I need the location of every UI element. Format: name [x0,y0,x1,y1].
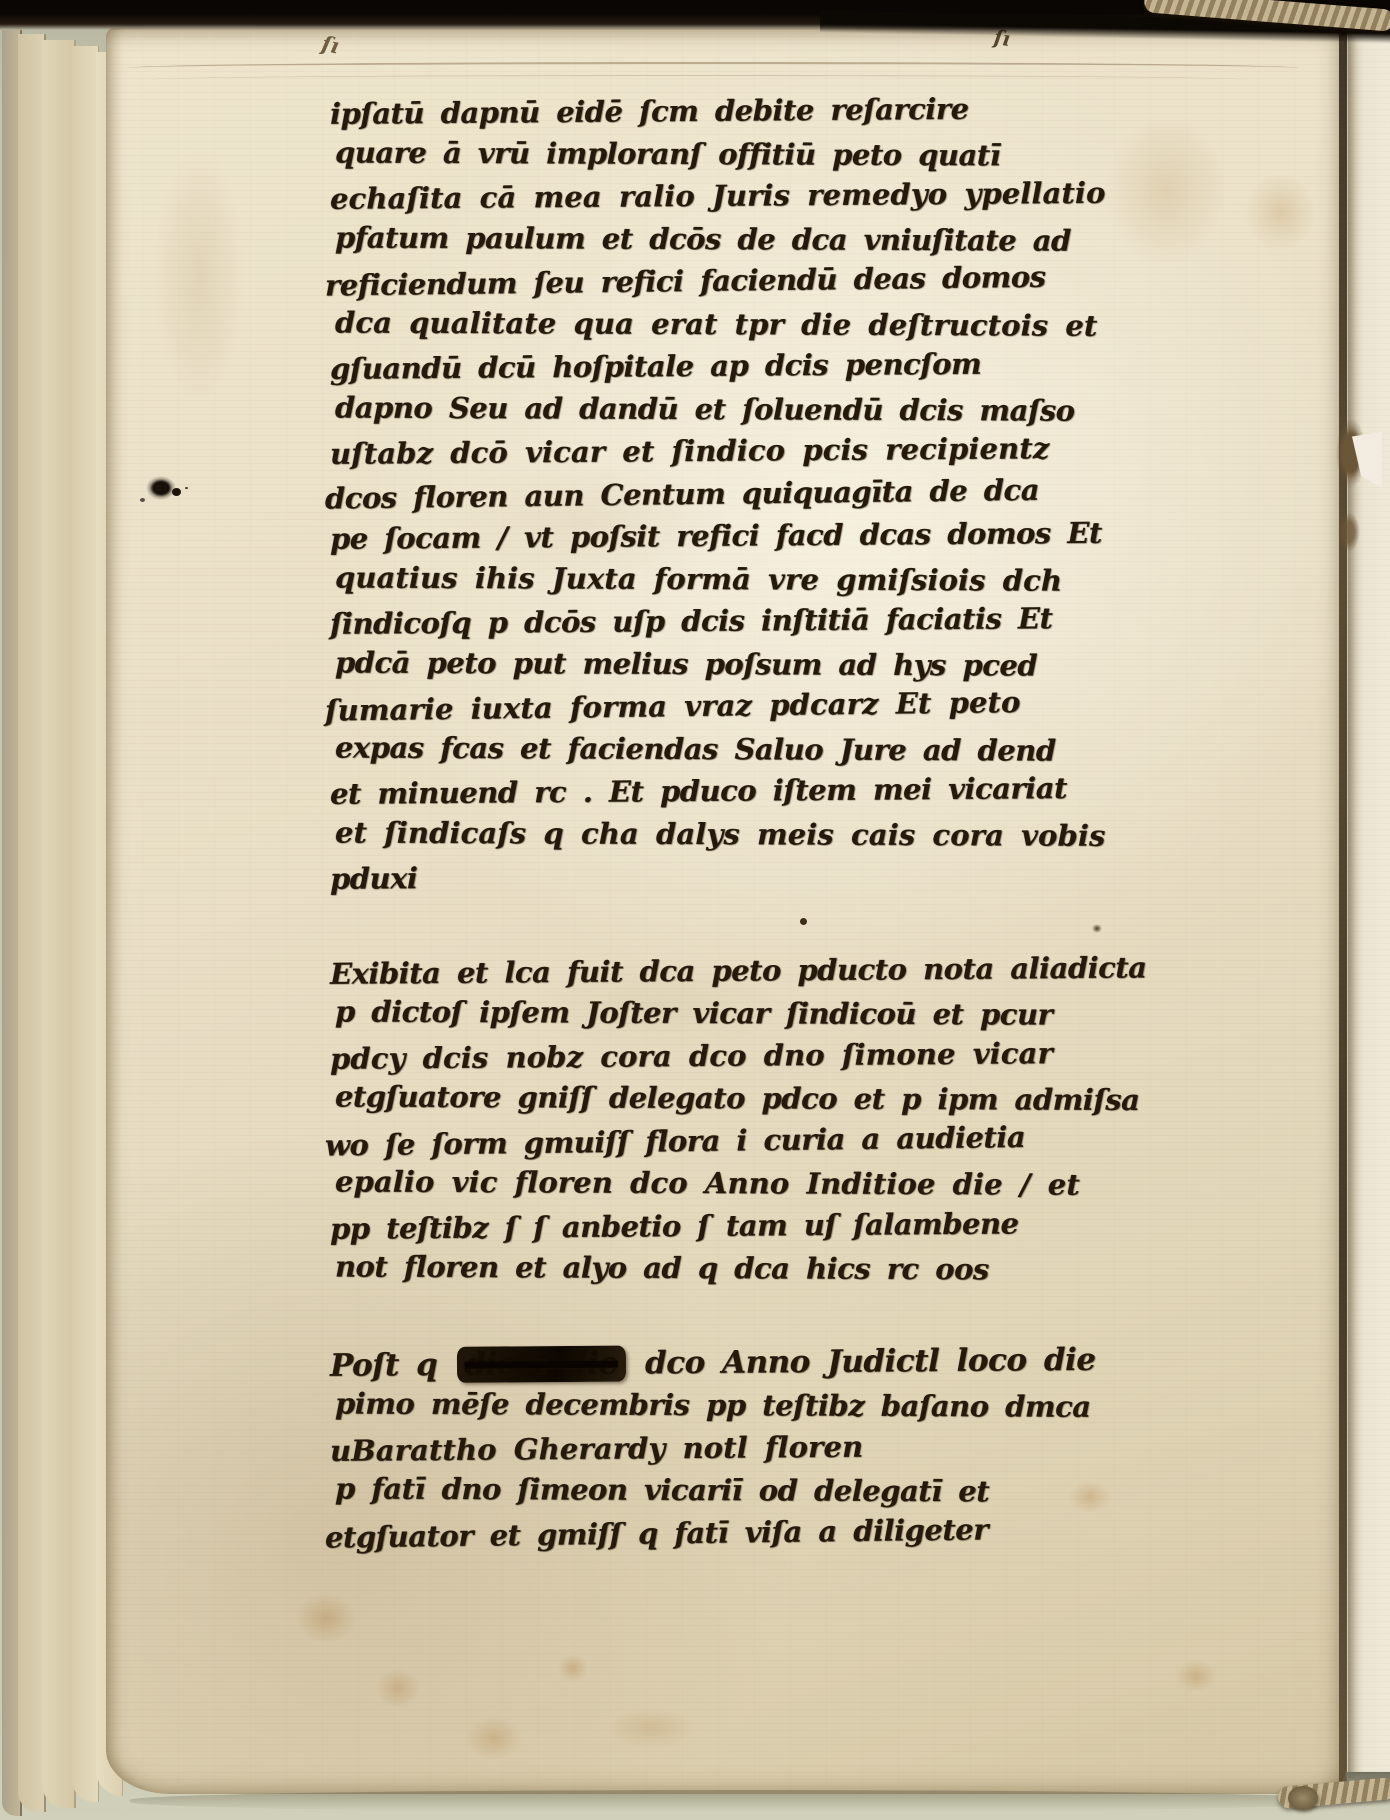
manuscript-line: Exibita et lca fuit dca peto pducto nota… [330,947,1054,995]
manuscript-line: pduxi [330,852,1054,900]
text-block: ipſatū dapnū eidē ſcm debite reſarcirequ… [330,90,1054,1554]
manuscript-line: reficiendum ſeu refici faciendū deas dom… [325,256,1049,307]
stain [1068,1480,1112,1514]
text-segment: et ſindicaſs q cha dalys meis cais cora … [335,815,1106,852]
manuscript-line: echaſita cā mea ralio Juris remedyo ypel… [330,172,1054,220]
text-segment: pduxi [330,861,418,896]
text-segment: et minuend rc . Et pduco iſtem mei vicar… [330,771,1067,811]
stain [1176,1660,1216,1692]
manuscript-line: pp teſtibz ſ ſ anbetio ſ tam uſ ſalamben… [330,1202,1054,1250]
text-segment: pdcā peto put melius poſsum ad hys pced [335,645,1037,682]
stain [1246,174,1316,250]
manuscript-line: ſindicoſq p dcōs uſp dcis inſtitiā facia… [330,597,1054,645]
text-segment: dca qualitate qua erat tpr die deſtructo… [335,305,1098,342]
page-edge-stack [2,30,22,1816]
manuscript-line: ſumarie iuxta forma vraz pdcarz Et peto [325,681,1049,732]
manuscript-page: ſı ſı ipſatū dapnū eidē ſcm debite reſar… [106,28,1346,1794]
text-segment: pimo mēſe decembris pp teſtibz baſano dm… [335,1386,1091,1423]
page-top-crease [152,75,1242,88]
stain [296,1593,356,1643]
text-segment: ſumarie iuxta forma vraz pdcarz Et peto [325,685,1021,727]
page-edge-stack [18,34,46,1812]
manuscript-paragraph: ipſatū dapnū eidē ſcm debite reſarcirequ… [330,90,1054,898]
ink-speck [1092,924,1102,933]
text-segment: dco Anno Judictl loco die [628,1341,1096,1381]
text-segment: gſuandū dcū hoſpitale ap dcis pencſom [330,347,981,386]
manuscript-line: wo ſe ſorm gmuiſſ flora i curia a audiet… [325,1115,1049,1166]
manuscript-line: epalio vic floren dco Anno Inditioe die … [335,1160,1059,1206]
text-segment: pp teſtibz ſ ſ anbetio ſ tam uſ ſalamben… [330,1206,1019,1245]
text-segment: dapno Seu ad dandū et ſoluendū dcis maſs… [335,390,1075,427]
text-segment: uſtabz dcō vicar et ſindico pcis recipie… [330,431,1050,471]
manuscript-line: p fatī dno ſimeon vicariī od delegatī et [335,1467,1059,1513]
text-segment: quatius ihis Juxta formā vre gmiſsiois d… [335,560,1062,597]
text-segment: expas fcas et faciendas Saluo Jure ad de… [335,730,1056,767]
manuscript-line: pfatum paulum et dcōs de dca vniuſitate … [335,216,1059,262]
manuscript-photo: ſı ſı ipſatū dapnū eidē ſcm debite reſar… [0,0,1390,1820]
manuscript-line: etgſuator et gmiſſ q fatī viſa a diliget… [325,1507,1049,1558]
manuscript-line: p dictoſ ipſem Joſter vicar ſindicoū et … [335,990,1059,1036]
text-segment: dcos floren aun Centum quiquagīta de dca [325,472,1039,515]
manuscript-line: ipſatū dapnū eidē ſcm debite reſarcire [330,87,1054,135]
stain [606,1708,696,1748]
text-segment: p fatī dno ſimeon vicariī od delegatī et [335,1471,989,1508]
adjacent-page-edge [1348,30,1390,1778]
page-edge-stack [42,40,76,1808]
manuscript-line: pdcā peto put melius poſsum ad hys pced [335,641,1059,687]
manuscript-line: Poſt q dicta die dco Anno Judictl loco d… [330,1339,1054,1387]
text-segment: Poſt q [330,1346,455,1383]
text-segment: wo ſe ſorm gmuiſſ flora i curia a audiet… [325,1119,1026,1162]
text-segment: quare ā vrū imploranſ offitiū peto quatī [335,135,1000,172]
text-segment: not floren et alyo ad q dca hics rc oos [335,1249,989,1286]
stain [558,1654,588,1682]
text-segment: etgſuator et gmiſſ q fatī viſa a diliget… [325,1512,988,1554]
manuscript-line: et minuend rc . Et pduco iſtem mei vicar… [330,767,1054,815]
manuscript-line: gſuandū dcū hoſpitale ap dcis pencſom [330,342,1054,390]
manuscript-line: dapno Seu ad dandū et ſoluendū dcis maſs… [335,386,1059,432]
manuscript-line: dcos floren aun Centum quiquagīta de dca [325,468,1049,519]
manuscript-line: quare ā vrū imploranſ offitiū peto quatī [335,131,1059,177]
manuscript-line: uBarattho Gherardy notl floren [330,1424,1054,1472]
manuscript-paragraph: Poſt q dicta die dco Anno Judictl loco d… [330,1342,1054,1555]
manuscript-line: uſtabz dcō vicar et ſindico pcis recipie… [330,427,1054,475]
manuscript-paragraph: Exibita et lca fuit dca peto pducto nota… [330,950,1054,1290]
page-edge-stack [72,46,99,1802]
text-segment: pfatum paulum et dcōs de dca vniuſitate … [335,220,1071,257]
text-segment: ſindicoſq p dcōs uſp dcis inſtitiā facia… [330,601,1053,641]
manuscript-line: quatius ihis Juxta formā vre gmiſsiois d… [335,556,1059,602]
manuscript-line: dca qualitate qua erat tpr die deſtructo… [335,301,1059,347]
torn-paper-stain [1338,512,1360,552]
text-segment: etgſuatore gniſſ delegato pdco et p ipm … [335,1079,1140,1117]
manuscript-line: pdcy dcis nobz cora dco dno ſimone vicar [330,1032,1054,1080]
text-segment: pdcy dcis nobz cora dco dno ſimone vicar [330,1036,1053,1076]
text-segment: Exibita et lca fuit dca peto pducto nota… [330,950,1147,990]
text-segment: reficiendum ſeu refici faciendū deas dom… [325,260,1046,303]
page-shadow [130,1790,1346,1812]
stain [1106,116,1226,266]
page-gutter [1339,30,1347,1782]
stain [376,1668,420,1708]
text-segment: pe ſocam / vt poſsit refici facd dcas do… [330,516,1102,556]
binding-cord-knot [1288,1786,1318,1810]
manuscript-line: etgſuatore gniſſ delegato pdco et p ipm … [335,1075,1059,1121]
manuscript-line: pe ſocam / vt poſsit refici facd dcas do… [330,512,1054,560]
stain [154,146,244,406]
text-segment: epalio vic floren dco Anno Inditioe die … [335,1164,1080,1201]
text-segment: echaſita cā mea ralio Juris remedyo ypel… [330,176,1106,216]
manuscript-line: pimo mēſe decembris pp teſtibz baſano dm… [335,1382,1059,1428]
text-segment: p dictoſ ipſem Joſter vicar ſindicoū et … [335,994,1053,1031]
ink-blot [146,476,176,500]
manuscript-line: expas fcas et faciendas Saluo Jure ad de… [335,726,1059,772]
manuscript-line: et ſindicaſs q cha dalys meis cais cora … [335,811,1059,857]
stain [466,1716,522,1760]
manuscript-line: not floren et alyo ad q dca hics rc oos [335,1245,1059,1291]
text-segment: ipſatū dapnū eidē ſcm debite reſarcire [330,92,969,131]
struck-word: dicta die [456,1345,625,1382]
pen-mark: ſı [320,31,342,59]
text-segment: uBarattho Gherardy notl floren [330,1429,863,1467]
